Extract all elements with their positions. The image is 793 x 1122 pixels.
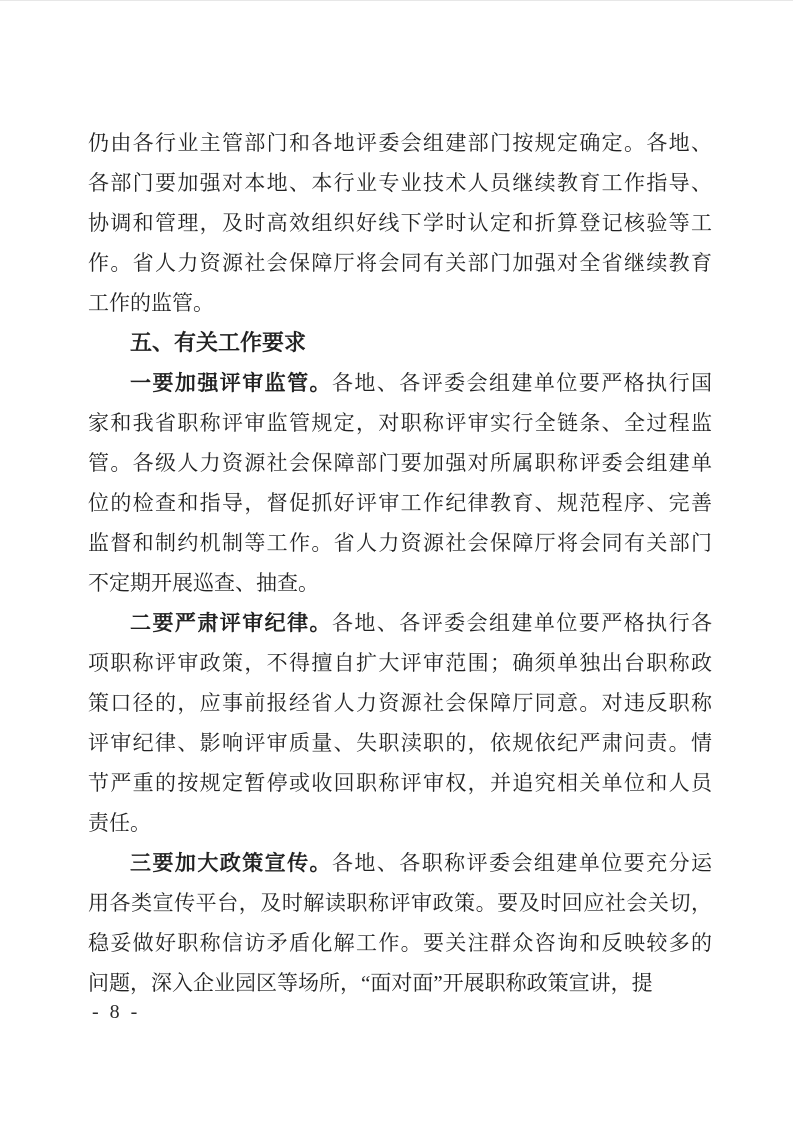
line-text: 管。各级人力资源社会保障部门要加强对所属职称评委会组建单 <box>88 451 712 475</box>
text-line: 评审纪律、影响评审质量、失职渎职的，依规依纪严肃问责。情 <box>88 723 712 763</box>
line-text: 节严重的按规定暂停或收回职称评审权，并追究相关单位和人员 <box>88 771 712 795</box>
paragraph-lead-bold: 一要加强评审监管。 <box>130 371 332 395</box>
text-line: 策口径的，应事前报经省人力资源社会保障厅同意。对违反职称 <box>88 683 712 723</box>
text-line: 三要加大政策宣传。各地、各职称评委会组建单位要充分运 <box>88 843 712 883</box>
section-heading: 五、有关工作要求 <box>88 323 712 363</box>
line-text: 各地、各职称评委会组建单位要充分运 <box>332 851 712 875</box>
line-text: 评审纪律、影响评审质量、失职渎职的，依规依纪严肃问责。情 <box>88 731 712 755</box>
paragraph-lead-bold: 二要严肃评审纪律。 <box>130 611 332 635</box>
text-line: 责任。 <box>88 803 712 843</box>
line-text: 用各类宣传平台，及时解读职称评审政策。要及时回应社会关切， <box>88 891 712 915</box>
text-line: 仍由各行业主管部门和各地评委会组建部门按规定确定。各地、 <box>88 123 712 163</box>
line-text: 项职称评审政策，不得擅自扩大评审范围；确须单独出台职称政 <box>88 651 712 675</box>
line-text: 各地、各评委会组建单位要严格执行各 <box>332 611 712 635</box>
text-line: 作。省人力资源社会保障厅将会同有关部门加强对全省继续教育 <box>88 243 712 283</box>
text-line: 用各类宣传平台，及时解读职称评审政策。要及时回应社会关切， <box>88 883 712 923</box>
document-body: 仍由各行业主管部门和各地评委会组建部门按规定确定。各地、各部门要加强对本地、本行… <box>88 123 712 1003</box>
line-text: 仍由各行业主管部门和各地评委会组建部门按规定确定。各地、 <box>88 131 712 155</box>
line-text: 位的检查和指导，督促抓好评审工作纪律教育、规范程序、完善 <box>88 491 712 515</box>
line-text: 策口径的，应事前报经省人力资源社会保障厅同意。对违反职称 <box>88 691 712 715</box>
text-line: 问题，深入企业园区等场所，“面对面”开展职称政策宣讲，提 <box>88 963 712 1003</box>
line-text: 协调和管理，及时高效组织好线下学时认定和折算登记核验等工 <box>88 211 712 235</box>
text-line: 项职称评审政策，不得擅自扩大评审范围；确须单独出台职称政 <box>88 643 712 683</box>
line-text: 家和我省职称评审监管规定，对职称评审实行全链条、全过程监 <box>88 411 712 435</box>
line-text: 稳妥做好职称信访矛盾化解工作。要关注群众咨询和反映较多的 <box>88 931 712 955</box>
page-number: - 8 - <box>92 1001 140 1024</box>
text-line: 管。各级人力资源社会保障部门要加强对所属职称评委会组建单 <box>88 443 712 483</box>
text-line: 工作的监管。 <box>88 283 712 323</box>
line-text: 工作的监管。 <box>88 291 214 315</box>
text-line: 节严重的按规定暂停或收回职称评审权，并追究相关单位和人员 <box>88 763 712 803</box>
text-line: 协调和管理，及时高效组织好线下学时认定和折算登记核验等工 <box>88 203 712 243</box>
line-text: 监督和制约机制等工作。省人力资源社会保障厅将会同有关部门 <box>88 531 712 555</box>
text-line: 监督和制约机制等工作。省人力资源社会保障厅将会同有关部门 <box>88 523 712 563</box>
line-text: 问题，深入企业园区等场所，“面对面”开展职称政策宣讲，提 <box>88 971 653 995</box>
line-text: 各地、各评委会组建单位要严格执行国 <box>332 371 712 395</box>
document-page: 仍由各行业主管部门和各地评委会组建部门按规定确定。各地、各部门要加强对本地、本行… <box>0 0 793 1122</box>
section-heading-text: 五、有关工作要求 <box>130 330 306 355</box>
line-text: 作。省人力资源社会保障厅将会同有关部门加强对全省继续教育 <box>88 251 712 275</box>
line-text: 各部门要加强对本地、本行业专业技术人员继续教育工作指导、 <box>88 171 712 195</box>
text-line: 家和我省职称评审监管规定，对职称评审实行全链条、全过程监 <box>88 403 712 443</box>
text-line: 各部门要加强对本地、本行业专业技术人员继续教育工作指导、 <box>88 163 712 203</box>
text-line: 二要严肃评审纪律。各地、各评委会组建单位要严格执行各 <box>88 603 712 643</box>
text-line: 稳妥做好职称信访矛盾化解工作。要关注群众咨询和反映较多的 <box>88 923 712 963</box>
text-line: 位的检查和指导，督促抓好评审工作纪律教育、规范程序、完善 <box>88 483 712 523</box>
text-line: 一要加强评审监管。各地、各评委会组建单位要严格执行国 <box>88 363 712 403</box>
line-text: 不定期开展巡查、抽查。 <box>88 571 319 595</box>
text-line: 不定期开展巡查、抽查。 <box>88 563 712 603</box>
paragraph-lead-bold: 三要加大政策宣传。 <box>130 851 332 875</box>
line-text: 责任。 <box>88 811 151 835</box>
